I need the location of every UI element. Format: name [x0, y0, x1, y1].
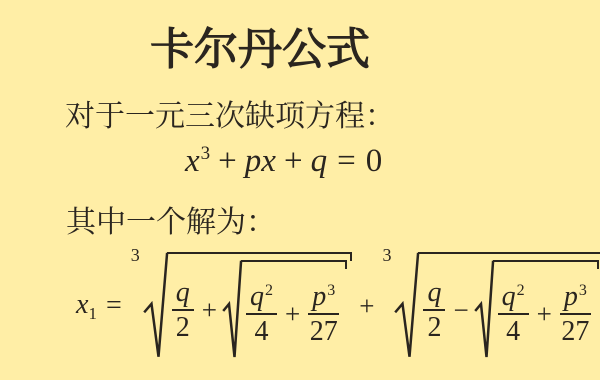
plus-operator: +: [284, 143, 303, 180]
variable-p: p: [564, 282, 578, 311]
fraction-denominator: 27: [310, 315, 338, 346]
cubic-equation: x3 + px + q = 0: [185, 143, 382, 180]
fraction-numerator: q2: [498, 282, 529, 315]
minus-operator: −: [453, 295, 468, 326]
fraction-numerator: q2: [246, 282, 277, 315]
cube-root-term-2: 3 q 2 − q2 4: [382, 252, 600, 360]
plus-operator: +: [537, 299, 552, 330]
equation-variable-q: q: [311, 143, 328, 180]
radical-sign-icon: [395, 252, 419, 360]
formula-lhs: x1: [76, 289, 97, 324]
cube-root-term-1: 3 q 2 + q2 4: [131, 252, 351, 360]
solution-text: 其中一个解为：: [66, 197, 276, 241]
radical-sign-icon: [223, 260, 242, 360]
plus-operator: +: [285, 299, 300, 330]
fraction-numerator: p3: [308, 282, 339, 315]
equation-zero: 0: [366, 143, 383, 180]
fraction-numerator: p3: [560, 282, 591, 315]
equals-sign: =: [337, 143, 356, 180]
intro-text: 对于一元三次缺项方程：: [65, 91, 395, 135]
equals-sign: =: [106, 290, 122, 322]
root-index: 3: [382, 246, 391, 264]
plus-operator: +: [202, 295, 217, 326]
fraction-denominator: 2: [427, 311, 441, 342]
cardano-formula: x1 = 3 q 2 + q2: [76, 252, 600, 360]
fraction-p3-over-27: p3 27: [308, 282, 339, 347]
equation-exponent: 3: [201, 143, 211, 165]
slide: 卡尔丹公式 对于一元三次缺项方程： x3 + px + q = 0 其中一个解为…: [0, 0, 600, 380]
fraction-denominator: 4: [254, 315, 268, 346]
exponent: 2: [265, 283, 273, 300]
fraction-q-over-2: q 2: [423, 278, 445, 343]
variable-q: q: [250, 282, 264, 311]
plus-operator: +: [359, 291, 374, 322]
radicand: q 2 + q2 4 + p3: [167, 252, 351, 360]
radical-sign-icon: [144, 252, 168, 360]
radical-sign-icon: [475, 260, 494, 360]
fraction-numerator: q: [172, 278, 194, 311]
radicand: q2 4 + p3 27: [241, 260, 346, 360]
square-root: q2 4 + p3 27: [475, 260, 598, 360]
fraction-denominator: 4: [506, 315, 520, 346]
equation-term-px: px: [245, 143, 276, 180]
exponent: 2: [517, 283, 525, 300]
variable-x: x: [76, 289, 88, 320]
fraction-numerator: q: [423, 278, 445, 311]
root-index: 3: [131, 246, 140, 264]
fraction-q2-over-4: q2 4: [498, 282, 529, 347]
variable-p: p: [312, 282, 326, 311]
page-title: 卡尔丹公式: [150, 13, 370, 77]
equation-variable-x: x: [185, 143, 200, 180]
exponent: 3: [327, 283, 335, 300]
fraction-denominator: 2: [176, 311, 190, 342]
variable-q: q: [502, 282, 516, 311]
radicand: q2 4 + p3 27: [493, 260, 598, 360]
exponent: 3: [579, 283, 587, 300]
fraction-q2-over-4: q2 4: [246, 282, 277, 347]
fraction-q-over-2: q 2: [172, 278, 194, 343]
square-root: q2 4 + p3 27: [223, 260, 346, 360]
subscript-1: 1: [88, 304, 97, 323]
fraction-p3-over-27: p3 27: [560, 282, 591, 347]
radicand: q 2 − q2 4 + p3: [418, 252, 600, 360]
plus-operator: +: [218, 143, 237, 180]
fraction-denominator: 27: [561, 315, 589, 346]
